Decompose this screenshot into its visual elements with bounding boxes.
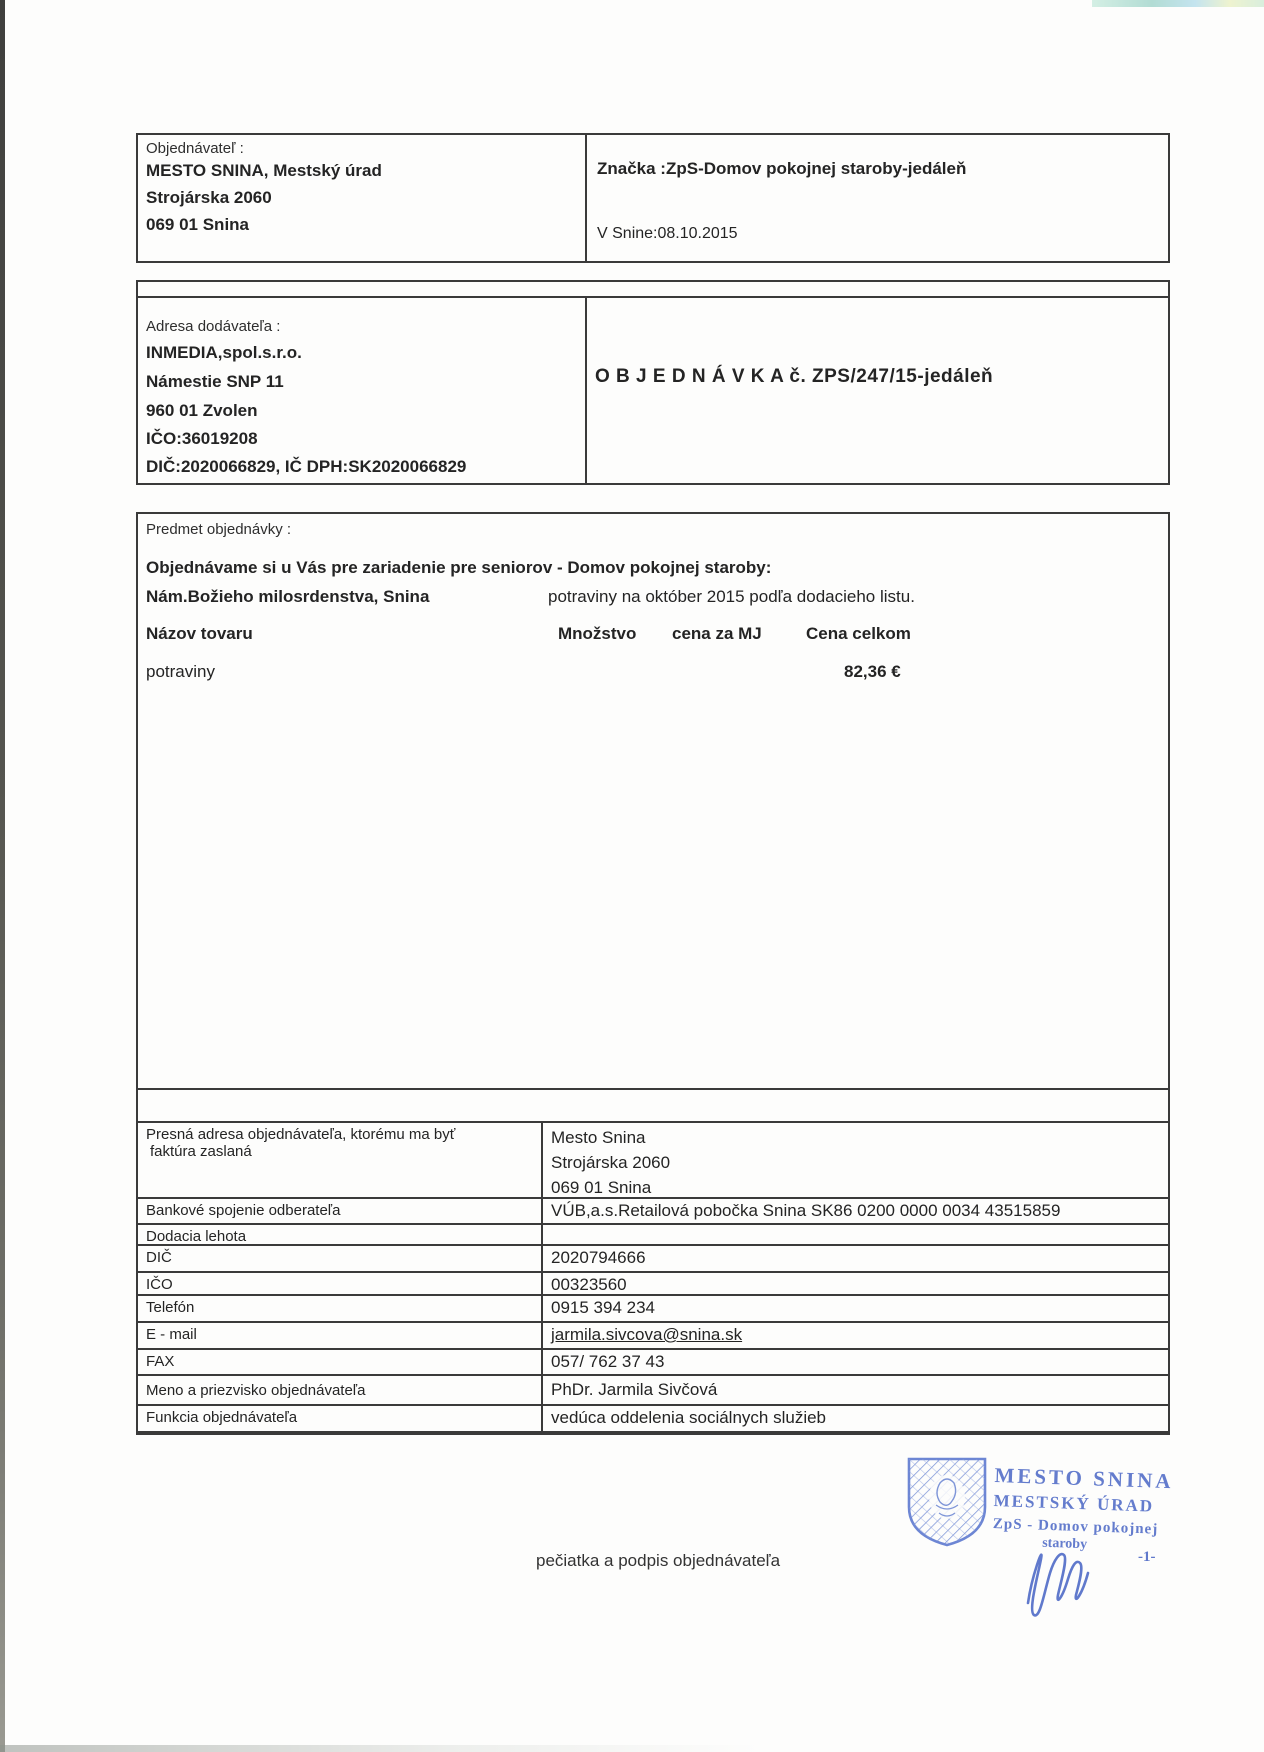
- item-total: 82,36 €: [844, 662, 901, 682]
- customer-box: Objednávateľ : MESTO SNINA, Mestský úrad…: [136, 133, 1170, 263]
- row-value: 0915 394 234: [543, 1296, 1168, 1321]
- supplier-line: IČO:36019208: [146, 429, 258, 449]
- customer-label: Objednávateľ :: [146, 140, 244, 157]
- items-header-total: Cena celkom: [806, 624, 911, 644]
- items-header-qty: Množstvo: [558, 624, 636, 644]
- row-value: 00323560: [543, 1273, 1168, 1294]
- table-row: IČO 00323560: [138, 1273, 1168, 1296]
- scan-color-strip-top: [1092, 0, 1264, 7]
- stamp-line: MESTSKÝ ÚRAD: [993, 1491, 1173, 1517]
- item-name: potraviny: [146, 662, 215, 682]
- table-row: Dodacia lehota: [138, 1225, 1168, 1246]
- table-row: Presná adresa objednávateľa, ktorému ma …: [138, 1123, 1168, 1199]
- stamp-line: MESTO SNINA: [994, 1463, 1174, 1494]
- table-row: FAX 057/ 762 37 43: [138, 1350, 1168, 1376]
- page-number: -1-: [1138, 1549, 1156, 1566]
- mark-label: Značka :ZpS-Domov pokojnej staroby-jedál…: [597, 159, 966, 179]
- scan-edge-artifact-bottom: [0, 1745, 760, 1752]
- column-divider: [585, 296, 587, 483]
- supplier-line: DIČ:2020066829, IČ DPH:SK2020066829: [146, 457, 466, 477]
- customer-line: Strojárska 2060: [146, 188, 272, 208]
- subject-box: Predmet objednávky : Objednávame si u Vá…: [136, 512, 1170, 1090]
- table-row: E - mail jarmila.sivcova@snina.sk: [138, 1323, 1168, 1350]
- table-row: DIČ 2020794666: [138, 1246, 1168, 1273]
- table-row: Funkcia objednávateľa vedúca oddelenia s…: [138, 1406, 1168, 1433]
- row-value: 2020794666: [543, 1246, 1168, 1271]
- supplier-label: Adresa dodávateľa :: [146, 318, 280, 335]
- row-value: 057/ 762 37 43: [543, 1350, 1168, 1374]
- signature-icon: [1014, 1533, 1124, 1623]
- table-row: Meno a priezvisko objednávateľa PhDr. Ja…: [138, 1376, 1168, 1406]
- scan-edge-artifact-left: [0, 0, 5, 1752]
- supplier-line: Námestie SNP 11: [146, 372, 284, 392]
- row-label: Presná adresa objednávateľa, ktorému ma …: [138, 1123, 543, 1197]
- place-date: V Snine:08.10.2015: [597, 225, 738, 243]
- row-value: Mesto Snina Strojárska 2060 069 01 Snina: [543, 1123, 1168, 1197]
- row-label: Telefón: [138, 1296, 543, 1321]
- inner-top-rule: [138, 296, 1168, 298]
- row-label: Bankové spojenie odberateľa: [138, 1199, 543, 1223]
- customer-line: MESTO SNINA, Mestský úrad: [146, 161, 382, 181]
- row-label: Meno a priezvisko objednávateľa: [138, 1376, 543, 1404]
- supplier-line: 960 01 Zvolen: [146, 401, 258, 421]
- email-value: jarmila.sivcova@snina.sk: [543, 1323, 1168, 1348]
- city-coat-of-arms-stamp-icon: [904, 1455, 990, 1549]
- row-label: E - mail: [138, 1323, 543, 1348]
- details-table: Presná adresa objednávateľa, ktorému ma …: [136, 1121, 1170, 1435]
- box-connector: [136, 1090, 1170, 1121]
- row-label: Funkcia objednávateľa: [138, 1406, 543, 1431]
- column-divider: [585, 135, 587, 261]
- table-row: Bankové spojenie odberateľa VÚB,a.s.Reta…: [138, 1199, 1168, 1225]
- row-label: IČO: [138, 1273, 543, 1294]
- row-value: [543, 1225, 1168, 1244]
- subject-label: Predmet objednávky :: [146, 521, 291, 538]
- supplier-line: INMEDIA,spol.s.r.o.: [146, 343, 302, 363]
- row-value: vedúca oddelenia sociálnych služieb: [543, 1406, 1168, 1431]
- order-intro: Objednávame si u Vás pre zariadenie pre …: [146, 558, 771, 578]
- table-row: Telefón 0915 394 234: [138, 1296, 1168, 1323]
- row-value: PhDr. Jarmila Sivčová: [543, 1376, 1168, 1404]
- row-label: FAX: [138, 1350, 543, 1374]
- row-value: VÚB,a.s.Retailová pobočka Snina SK86 020…: [543, 1199, 1168, 1223]
- scanned-order-document: Objednávateľ : MESTO SNINA, Mestský úrad…: [0, 0, 1264, 1752]
- items-header-name: Názov tovaru: [146, 624, 253, 644]
- stamp-caption: pečiatka a podpis objednávateľa: [536, 1551, 780, 1571]
- supplier-box: Adresa dodávateľa : INMEDIA,spol.s.r.o. …: [136, 280, 1170, 485]
- row-label: DIČ: [138, 1246, 543, 1271]
- order-number-title: O B J E D N Á V K A č. ZPS/247/15-jedále…: [595, 366, 993, 388]
- items-header-unit-price: cena za MJ: [672, 624, 762, 644]
- row-label: Dodacia lehota: [138, 1225, 543, 1244]
- order-intro-location: Nám.Božieho milosrdenstva, Snina: [146, 587, 429, 607]
- customer-line: 069 01 Snina: [146, 215, 249, 235]
- order-intro-note: potraviny na október 2015 podľa dodacieh…: [548, 587, 915, 607]
